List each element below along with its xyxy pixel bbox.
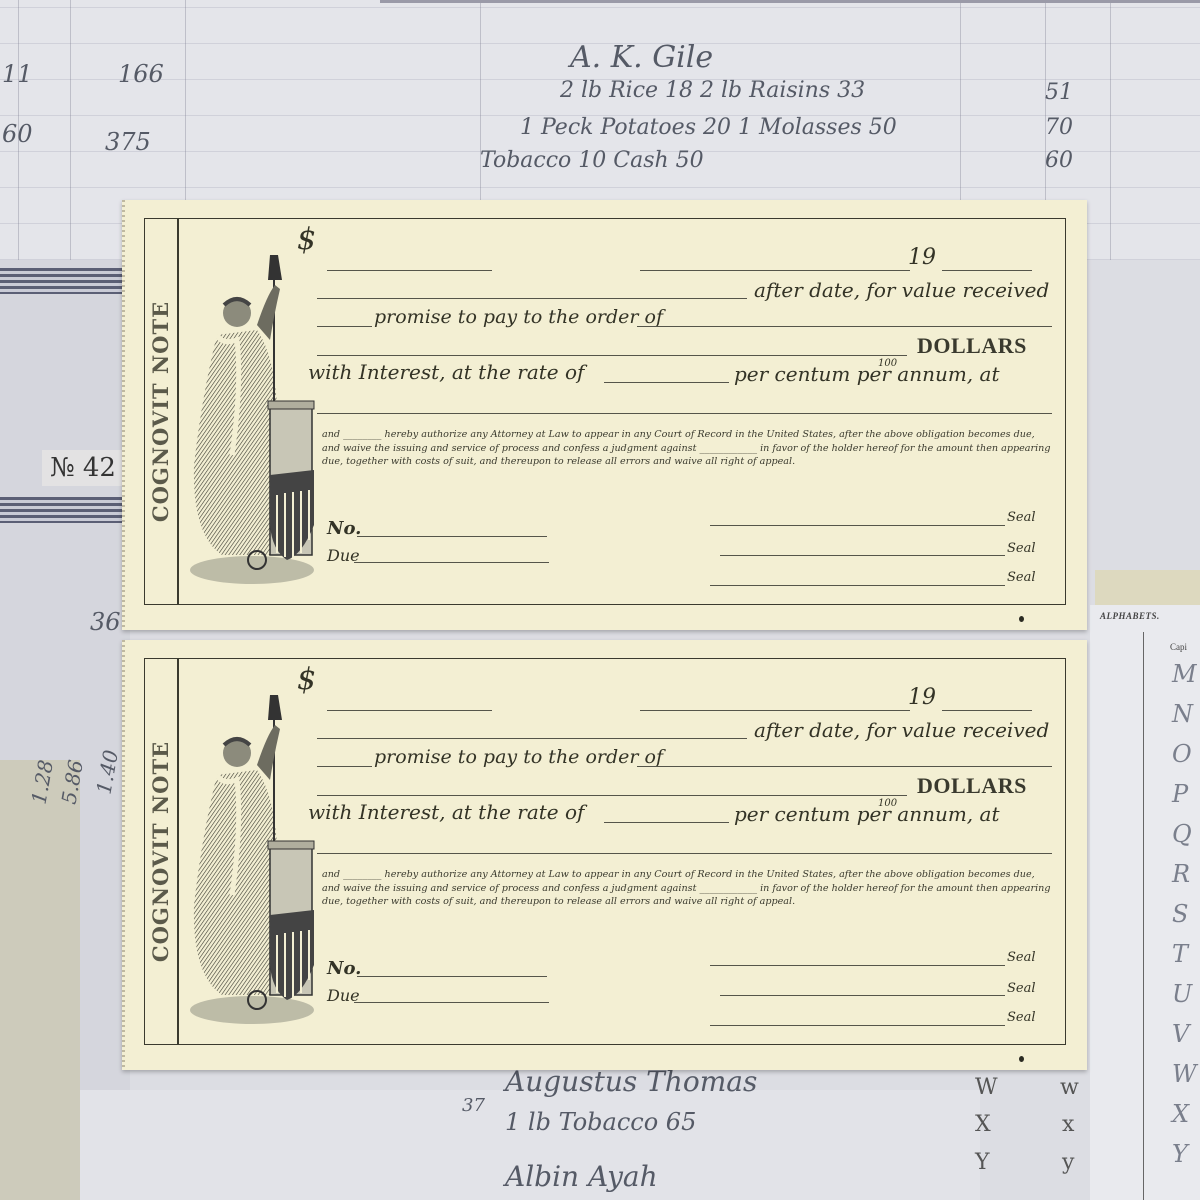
ledger-entry: Tobacco 10 Cash 50 [480, 148, 704, 173]
alphabets-title: ALPHABETS. [1100, 611, 1160, 621]
dollar-sign: $ [297, 662, 316, 697]
written-amount-line [317, 795, 907, 796]
ledger-entry: 2 lb Rice 18 2 lb Raisins 33 [560, 78, 865, 103]
script-capital-letter: Q [1172, 820, 1192, 848]
interest-text: with Interest, at the rate of [308, 800, 584, 824]
authorization-fine-print: and ________ hereby authorize any Attorn… [322, 428, 1052, 469]
dollars-label: DOLLARS [917, 773, 1027, 799]
amount-line [327, 710, 492, 711]
promise-text: promise to pay to the order of [374, 746, 663, 768]
cognovit-note: COGNOVIT NOTE $ 19 af [122, 640, 1087, 1070]
ledger-figure: 11 [2, 60, 33, 88]
stripe-band [0, 268, 130, 294]
signature-line [720, 995, 1005, 996]
stub-divider [177, 658, 179, 1045]
due-line [354, 1002, 549, 1003]
number-line [357, 536, 547, 537]
per-centum-text: per centum per annum, at [734, 802, 999, 826]
script-capital-letter: W [1172, 1060, 1197, 1088]
margin-figure: 36 [90, 608, 121, 636]
seal-label: Seal [1007, 570, 1036, 585]
script-capital-letter: Y [1172, 1140, 1188, 1168]
script-capital-letter: V [1172, 1020, 1189, 1048]
after-date-text: after date, for value received [754, 718, 1049, 742]
stained-paper [0, 760, 80, 1200]
ink-dot [1019, 616, 1024, 622]
print-letter: y [1062, 1150, 1074, 1175]
ledger-amount: 70 [1045, 115, 1073, 140]
print-letter: x [1062, 1112, 1074, 1137]
stub-divider [177, 218, 179, 605]
promisor-line [317, 326, 372, 327]
seal-label: Seal [1007, 981, 1036, 996]
seal-label: Seal [1007, 510, 1036, 525]
liberty-figure-icon [182, 695, 322, 1035]
interest-text: with Interest, at the rate of [308, 360, 584, 384]
perforation-edge [122, 640, 125, 1070]
ledger-amount: 60 [1045, 148, 1073, 173]
script-capital-letter: M [1172, 660, 1197, 688]
print-letter: w [1060, 1075, 1079, 1100]
due-line [354, 562, 549, 563]
rate-line [604, 822, 729, 823]
term-line [317, 298, 747, 299]
script-capital-letter: T [1172, 940, 1188, 968]
amount-line [327, 270, 492, 271]
ledger-name: A. K. Gile [570, 40, 713, 75]
signature-line [710, 1025, 1005, 1026]
dollar-sign: $ [297, 222, 316, 257]
script-capital-letter: O [1172, 740, 1192, 768]
ledger-amount: 51 [1045, 80, 1073, 105]
liberty-figure-icon [182, 255, 322, 595]
term-line [317, 738, 747, 739]
dollars-label: DOLLARS [917, 333, 1027, 359]
ledger-entry: 1 lb Tobacco 65 [505, 1108, 696, 1136]
payee-line [637, 326, 1052, 327]
seal-label: Seal [1007, 541, 1036, 556]
ledger-number: 37 [462, 1095, 485, 1116]
signature-line [710, 525, 1005, 526]
written-amount-line [317, 355, 907, 356]
seal-label: Seal [1007, 1010, 1036, 1025]
after-date-text: after date, for value received [754, 278, 1049, 302]
ledger-entry: 1 Peck Potatoes 20 1 Molasses 50 [520, 115, 897, 140]
script-capital-letter: S [1172, 900, 1188, 928]
ledger-name: Albin Ayah [505, 1160, 658, 1193]
signature-line [710, 965, 1005, 966]
payable-at-line [317, 853, 1052, 854]
seal-label: Seal [1007, 950, 1036, 965]
signature-line [710, 585, 1005, 586]
year-line [942, 710, 1032, 711]
alphabets-column-header: Capi [1170, 642, 1187, 652]
year-prefix: 19 [908, 245, 936, 270]
promisor-line [317, 766, 372, 767]
year-line [942, 270, 1032, 271]
print-letter: W [975, 1075, 998, 1100]
payable-at-line [317, 413, 1052, 414]
ink-dot [1019, 1056, 1024, 1062]
script-capital-letter: P [1172, 780, 1188, 808]
date-line [640, 270, 910, 271]
script-capital-letter: X [1172, 1100, 1189, 1128]
signature-line [720, 555, 1005, 556]
print-letter: Y [975, 1150, 990, 1175]
script-capital-letter: U [1172, 980, 1192, 1008]
authorization-fine-print: and ________ hereby authorize any Attorn… [322, 868, 1052, 909]
stub-title: COGNOVIT NOTE [144, 218, 177, 605]
stub-title: COGNOVIT NOTE [144, 658, 177, 1045]
script-capital-letter: R [1172, 860, 1190, 888]
script-capital-letter: N [1172, 700, 1193, 728]
date-line [640, 710, 910, 711]
cognovit-note: COGNOVIT NOTE $ 19 af [122, 200, 1087, 630]
stripe-band [0, 497, 130, 523]
promise-text: promise to pay to the order of [374, 306, 663, 328]
ledger-figure: 166 [118, 60, 164, 88]
number-line [357, 976, 547, 977]
ledger-figure: 375 [105, 128, 151, 156]
per-centum-text: per centum per annum, at [734, 362, 999, 386]
divider [1143, 632, 1144, 1200]
rate-line [604, 382, 729, 383]
print-letter: X [975, 1112, 991, 1137]
perforation-edge [122, 200, 125, 630]
ledger-figure: 60 [2, 120, 33, 148]
payee-line [637, 766, 1052, 767]
year-prefix: 19 [908, 685, 936, 710]
